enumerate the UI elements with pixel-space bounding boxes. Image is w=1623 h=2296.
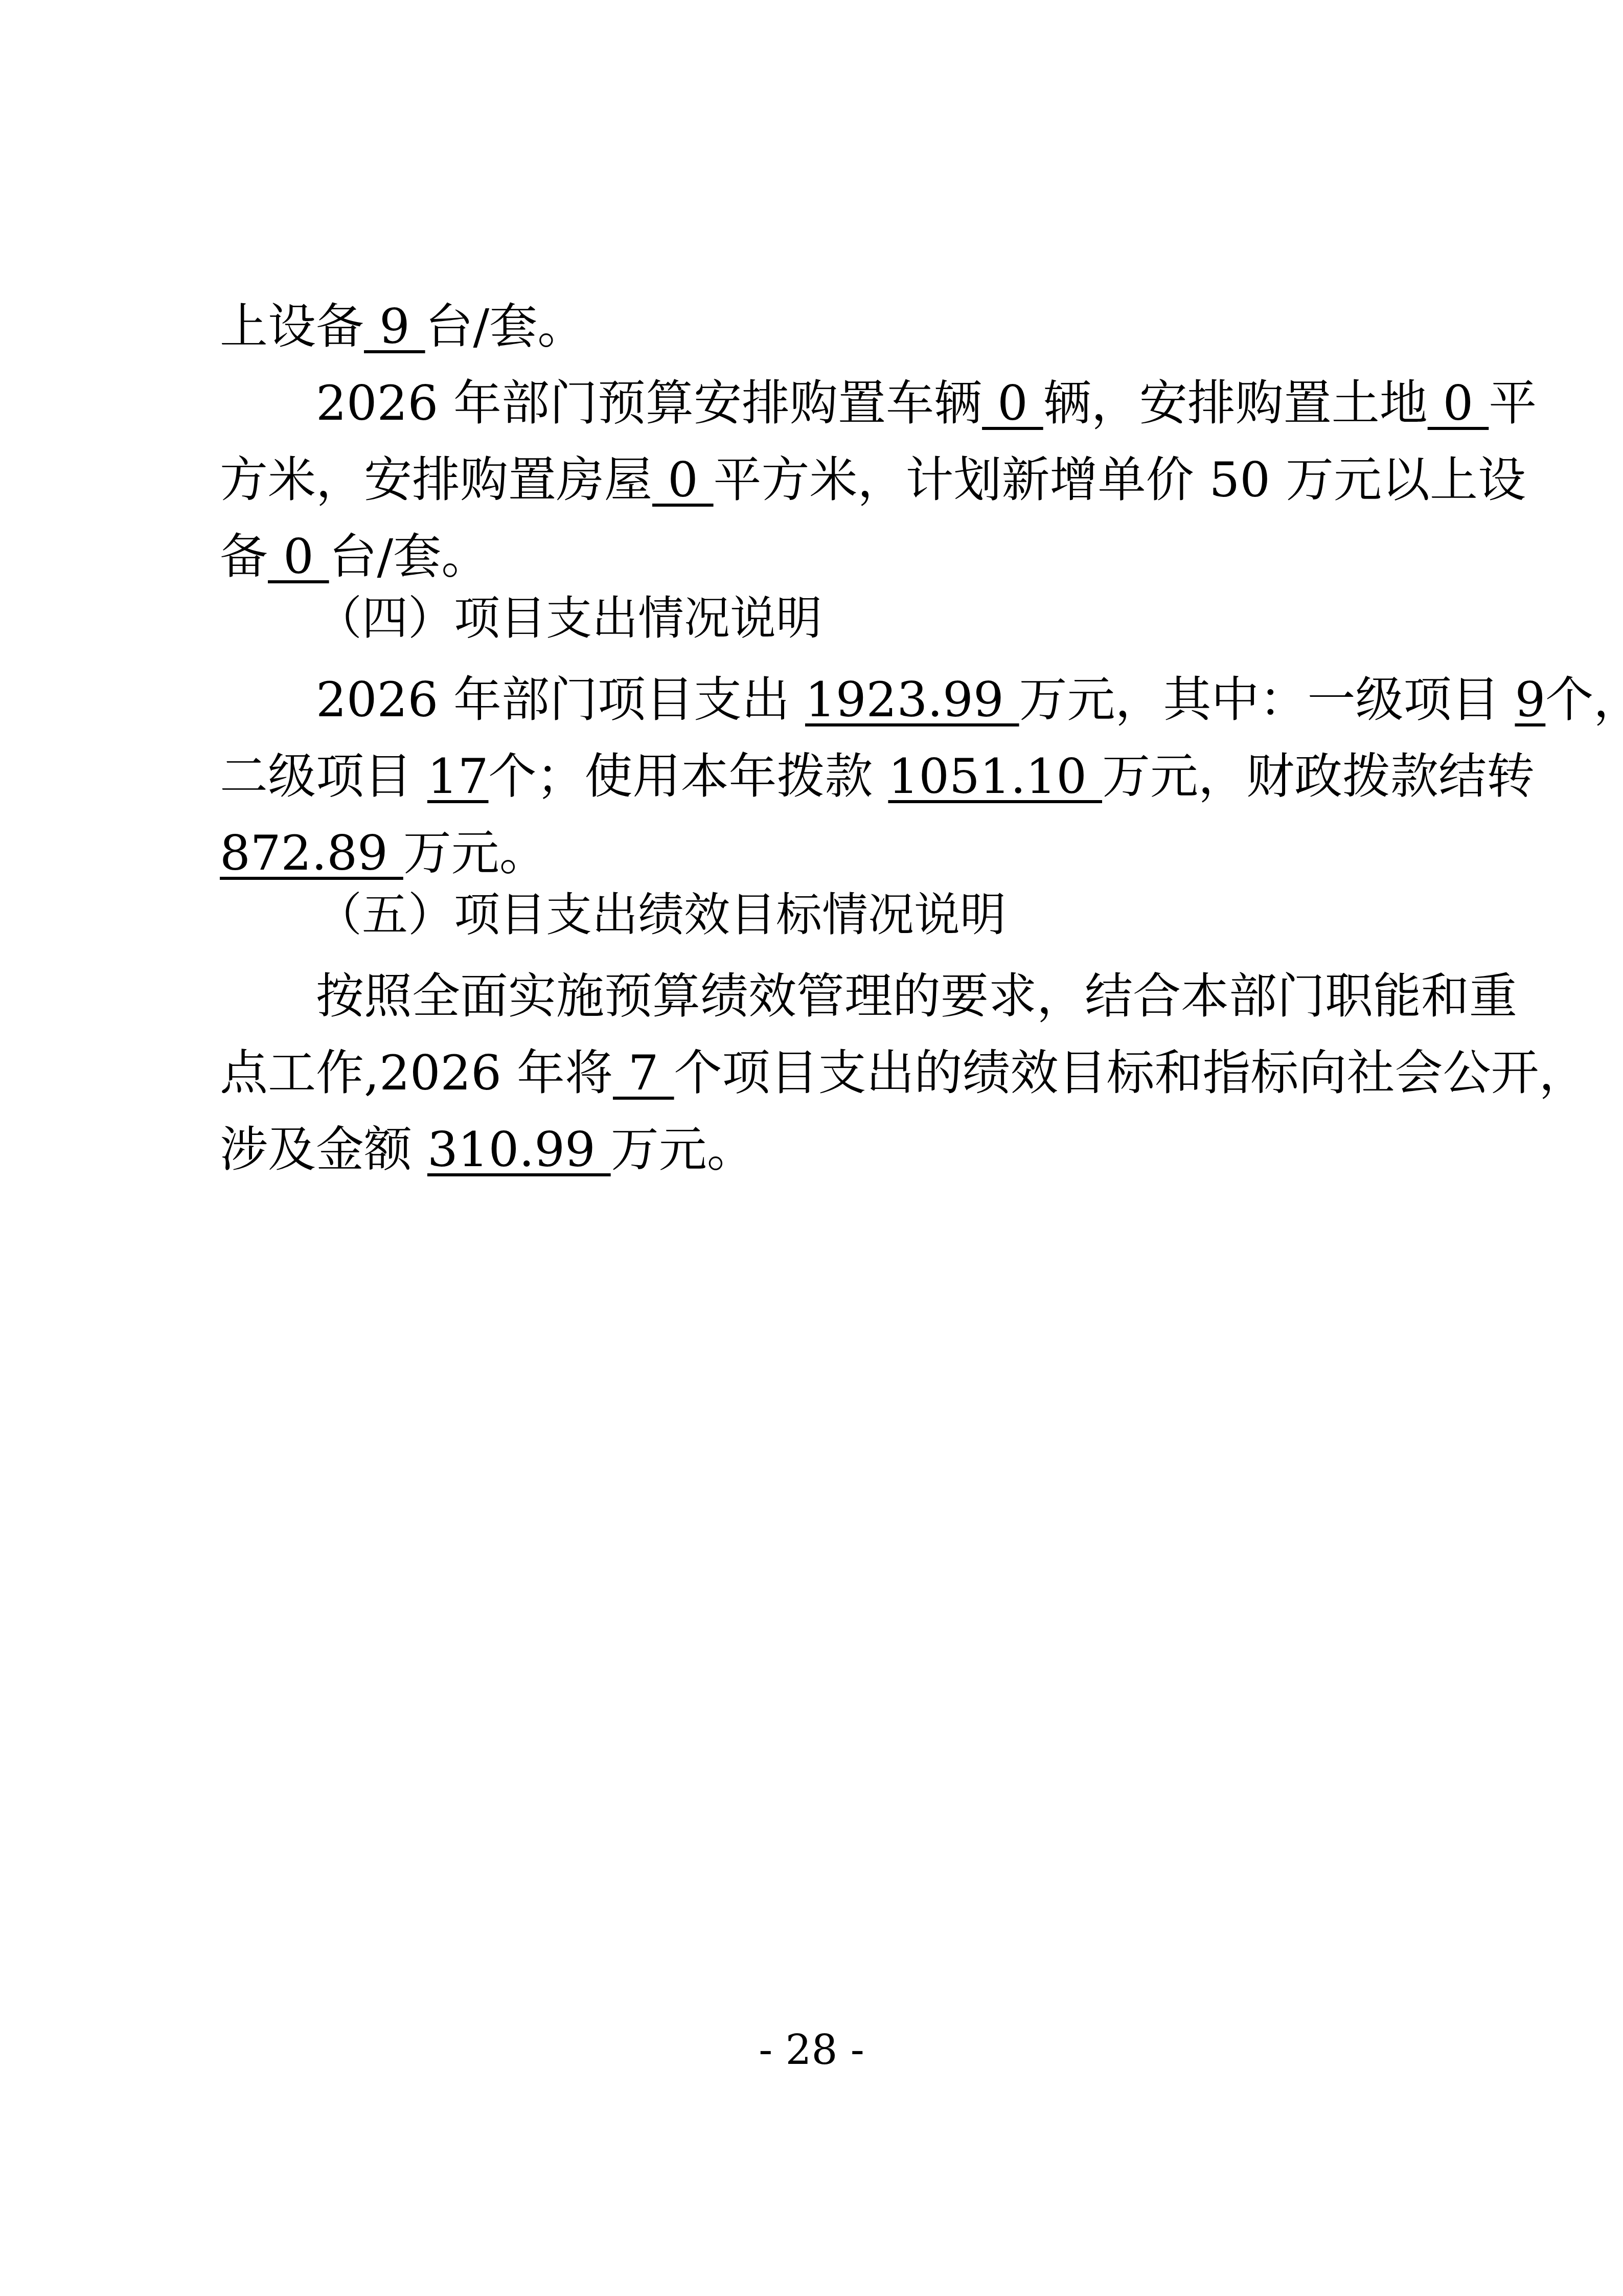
- value-vehicles: 0: [982, 376, 1043, 431]
- text: 个项目支出的绩效目标和指标向社会公开，: [674, 1045, 1587, 1101]
- text: 万元，财政拨款结转: [1102, 749, 1535, 805]
- text: 辆，安排购置土地: [1043, 376, 1428, 431]
- text: 万元。: [611, 1122, 755, 1178]
- text: 点工作,2026 年将: [220, 1045, 613, 1101]
- value-amount: 310.99: [427, 1122, 611, 1178]
- value-equipment-units: 9: [364, 299, 425, 355]
- text: 个，: [1545, 672, 1623, 728]
- value-house: 0: [652, 452, 714, 508]
- paragraph-performance-line-2: 点工作,2026 年将 7 个项目支出的绩效目标和指标向社会公开，: [220, 1035, 1416, 1112]
- text: 台/套。: [425, 299, 586, 355]
- paragraph-performance-line-1: 按照全面实施预算绩效管理的要求，结合本部门职能和重: [316, 959, 1416, 1035]
- value-level2-count: 17: [427, 749, 489, 805]
- text: 2026 年部门预算安排购置车辆: [316, 376, 982, 431]
- paragraph-performance-line-3: 涉及金额 310.99 万元。: [220, 1112, 1416, 1189]
- text: 个；使用本年拨款: [489, 749, 888, 805]
- value-land: 0: [1428, 376, 1489, 431]
- section-heading-4: （四）项目支出情况说明: [316, 580, 822, 657]
- text: 平: [1489, 376, 1537, 431]
- text: 方米，安排购置房屋: [220, 452, 652, 508]
- text: 台/套。: [329, 529, 490, 585]
- paragraph-purchase-line-2: 方米，安排购置房屋 0 平方米，计划新增单价 50 万元以上设: [220, 442, 1416, 519]
- value-project-count: 7: [613, 1045, 674, 1101]
- text: 二级项目: [220, 749, 427, 805]
- text: 平方米，计划新增单价 50 万元以上设: [714, 452, 1526, 508]
- paragraph-purchase-line-1: 2026 年部门预算安排购置车辆 0 辆，安排购置土地 0 平: [316, 366, 1416, 442]
- text: 万元。: [403, 826, 547, 881]
- text: 万元，其中：一级项目: [1019, 672, 1515, 728]
- value-carryover: 872.89: [220, 826, 403, 881]
- value-current-appropriation: 1051.10: [888, 749, 1102, 805]
- page-number: - 28 -: [0, 2022, 1623, 2078]
- paragraph-project-line-1: 2026 年部门项目支出 1923.99 万元，其中：一级项目 9个，: [316, 662, 1416, 739]
- text: 2026 年部门项目支出: [316, 672, 805, 728]
- text: 上设备: [220, 299, 364, 355]
- paragraph-equipment-continued: 上设备 9 台/套。: [220, 289, 1416, 366]
- value-new-equipment: 0: [268, 529, 329, 585]
- section-heading-5: （五）项目支出绩效目标情况说明: [316, 877, 1006, 953]
- value-project-total: 1923.99: [805, 672, 1019, 728]
- text: 备: [220, 529, 268, 585]
- value-level1-count: 9: [1515, 672, 1545, 728]
- paragraph-project-line-2: 二级项目 17个；使用本年拨款 1051.10 万元，财政拨款结转: [220, 739, 1416, 815]
- text: 涉及金额: [220, 1122, 427, 1178]
